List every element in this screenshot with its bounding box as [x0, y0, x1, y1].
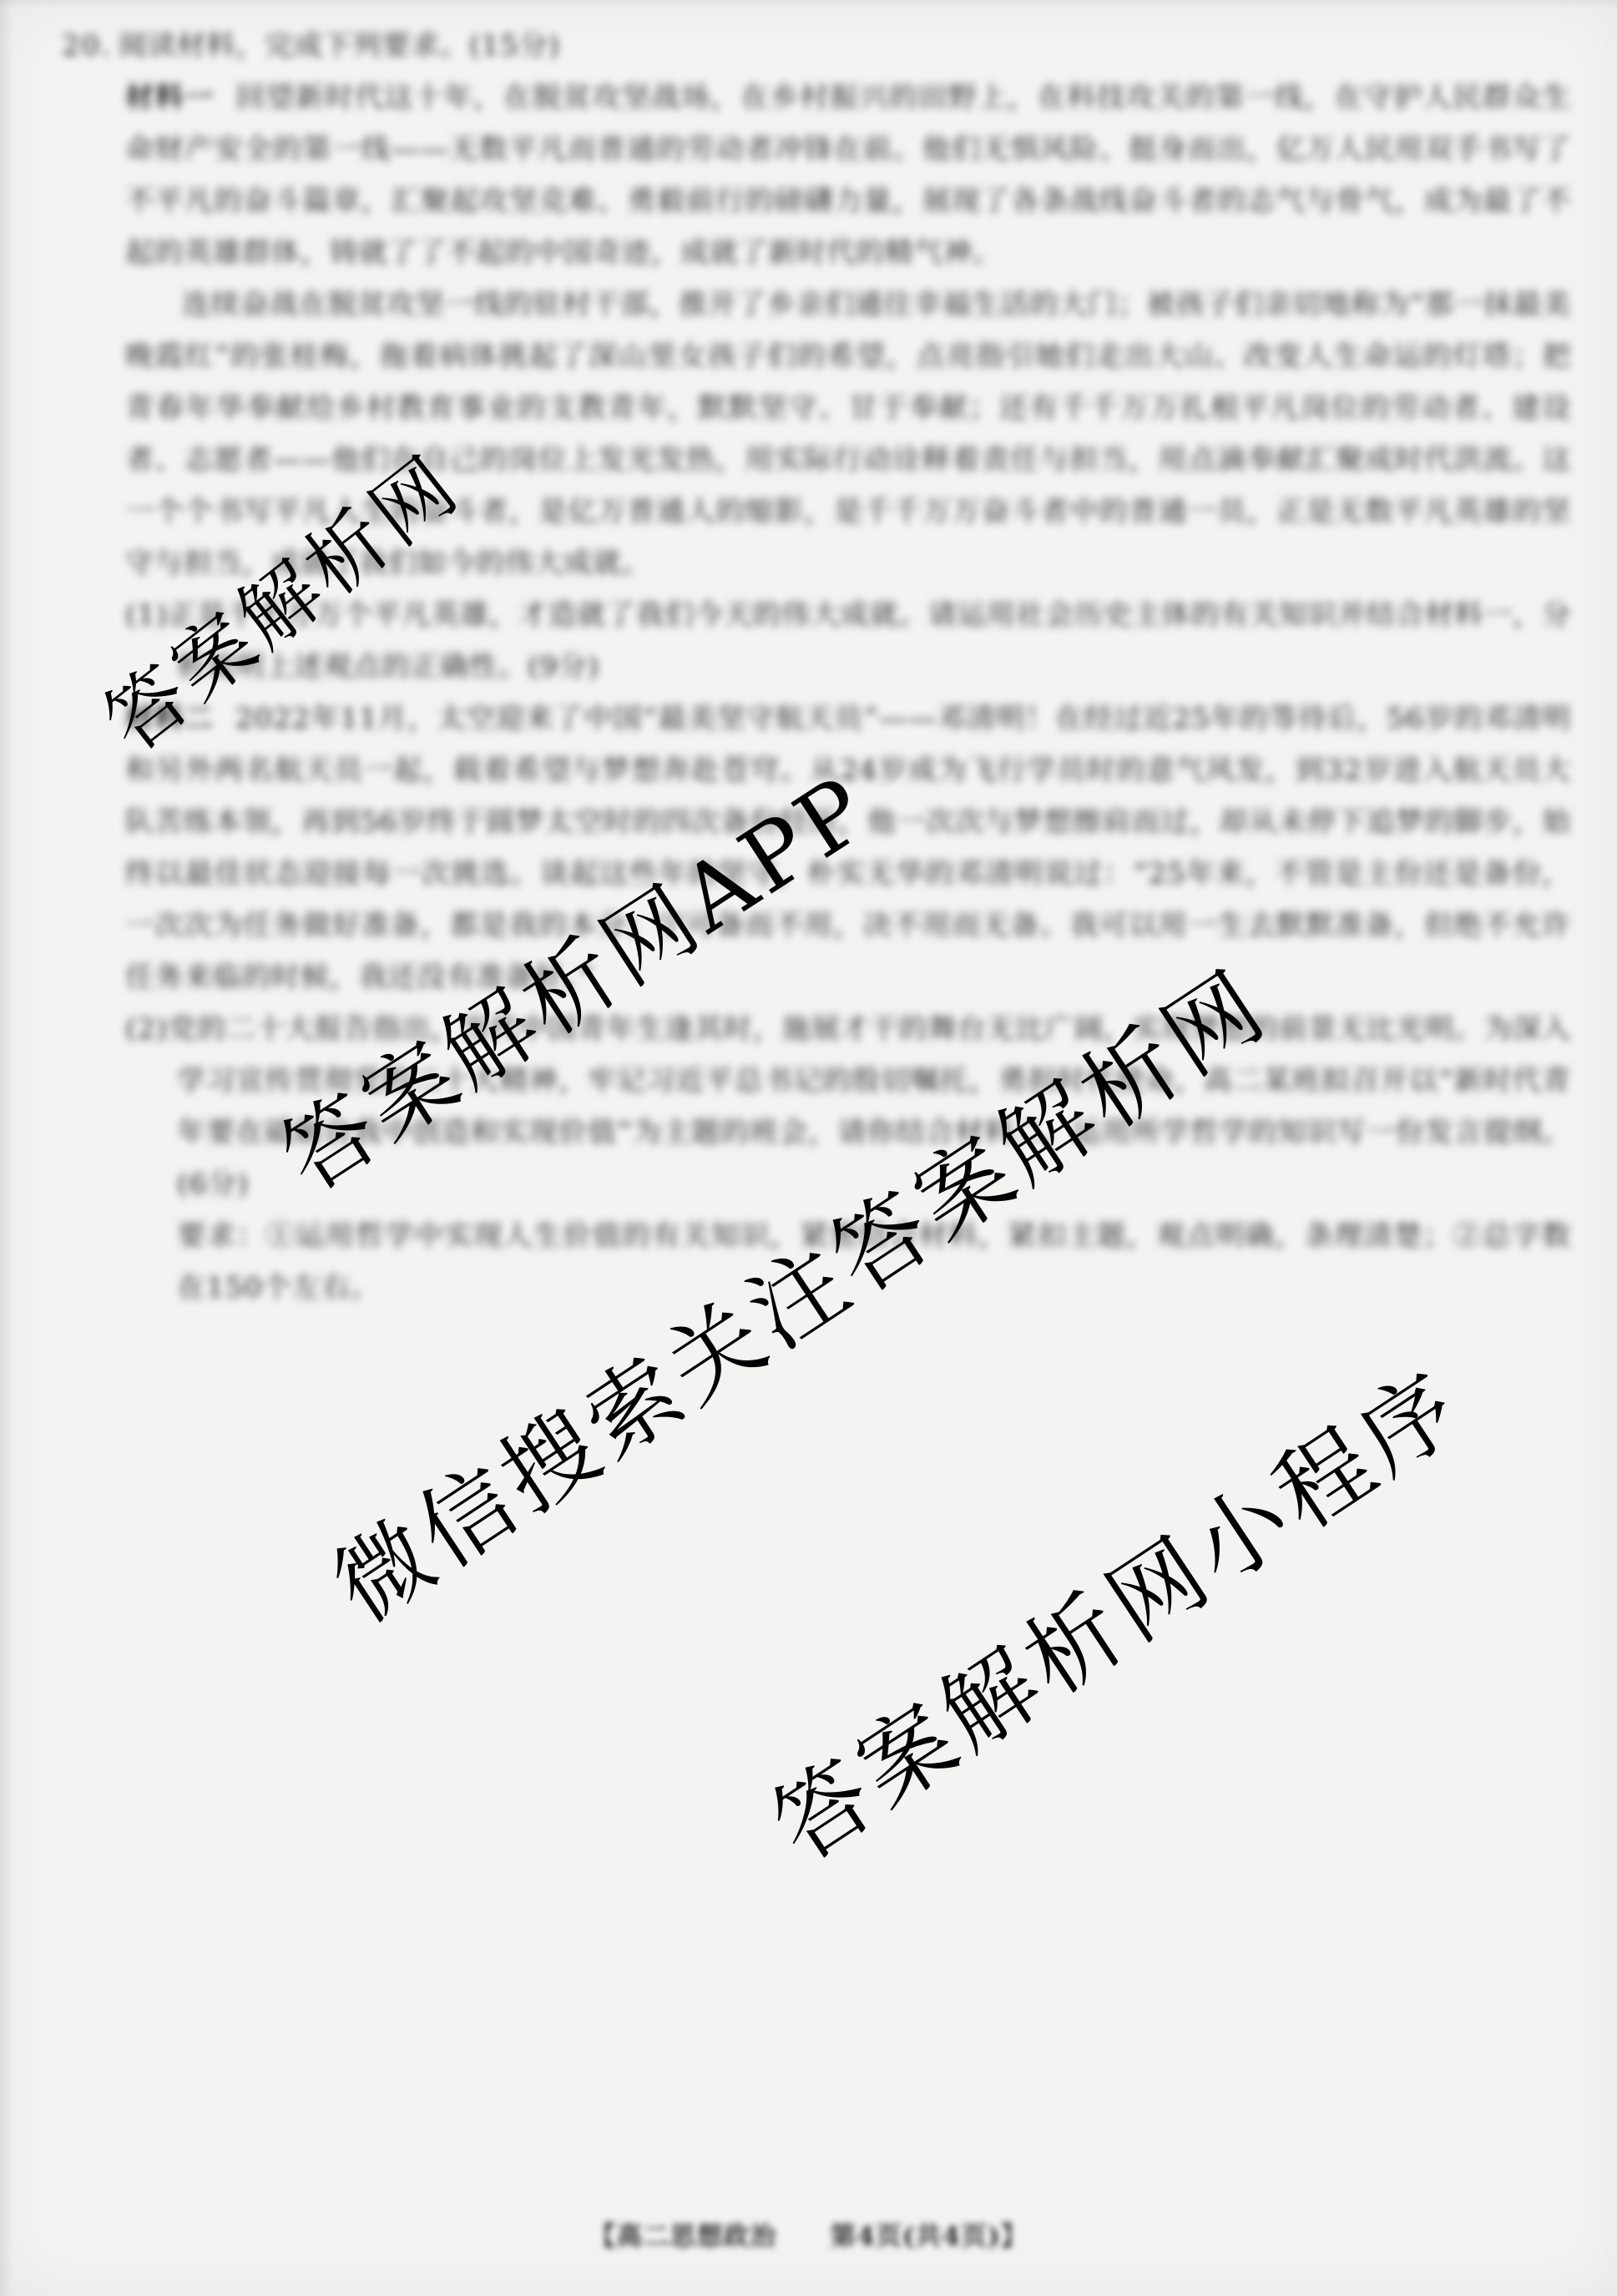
- question-title: 阅读材料，完成下列要求。(15分): [119, 29, 560, 63]
- material1-label: 材料一: [125, 81, 215, 114]
- scanned-exam-page: 20.阅读材料，完成下列要求。(15分) 材料一回望新时代这十年，在脱贫攻坚战场…: [0, 0, 1617, 2296]
- watermark-mini-program: 答案解析网小程序: [759, 1355, 1478, 1875]
- page-footer: 【高二思想政治 第4页(共4页)】: [0, 2220, 1617, 2253]
- question-number: 20.: [62, 29, 112, 63]
- material1-text: 回望新时代这十年，在脱贫攻坚战场，在乡村振兴的田野上，在科技攻关的第一线，在守护…: [125, 81, 1571, 270]
- material1-paragraph: 材料一回望新时代这十年，在脱贫攻坚战场，在乡村振兴的田野上，在科技攻关的第一线，…: [125, 72, 1571, 279]
- question-title-line: 20.阅读材料，完成下列要求。(15分): [125, 20, 1571, 72]
